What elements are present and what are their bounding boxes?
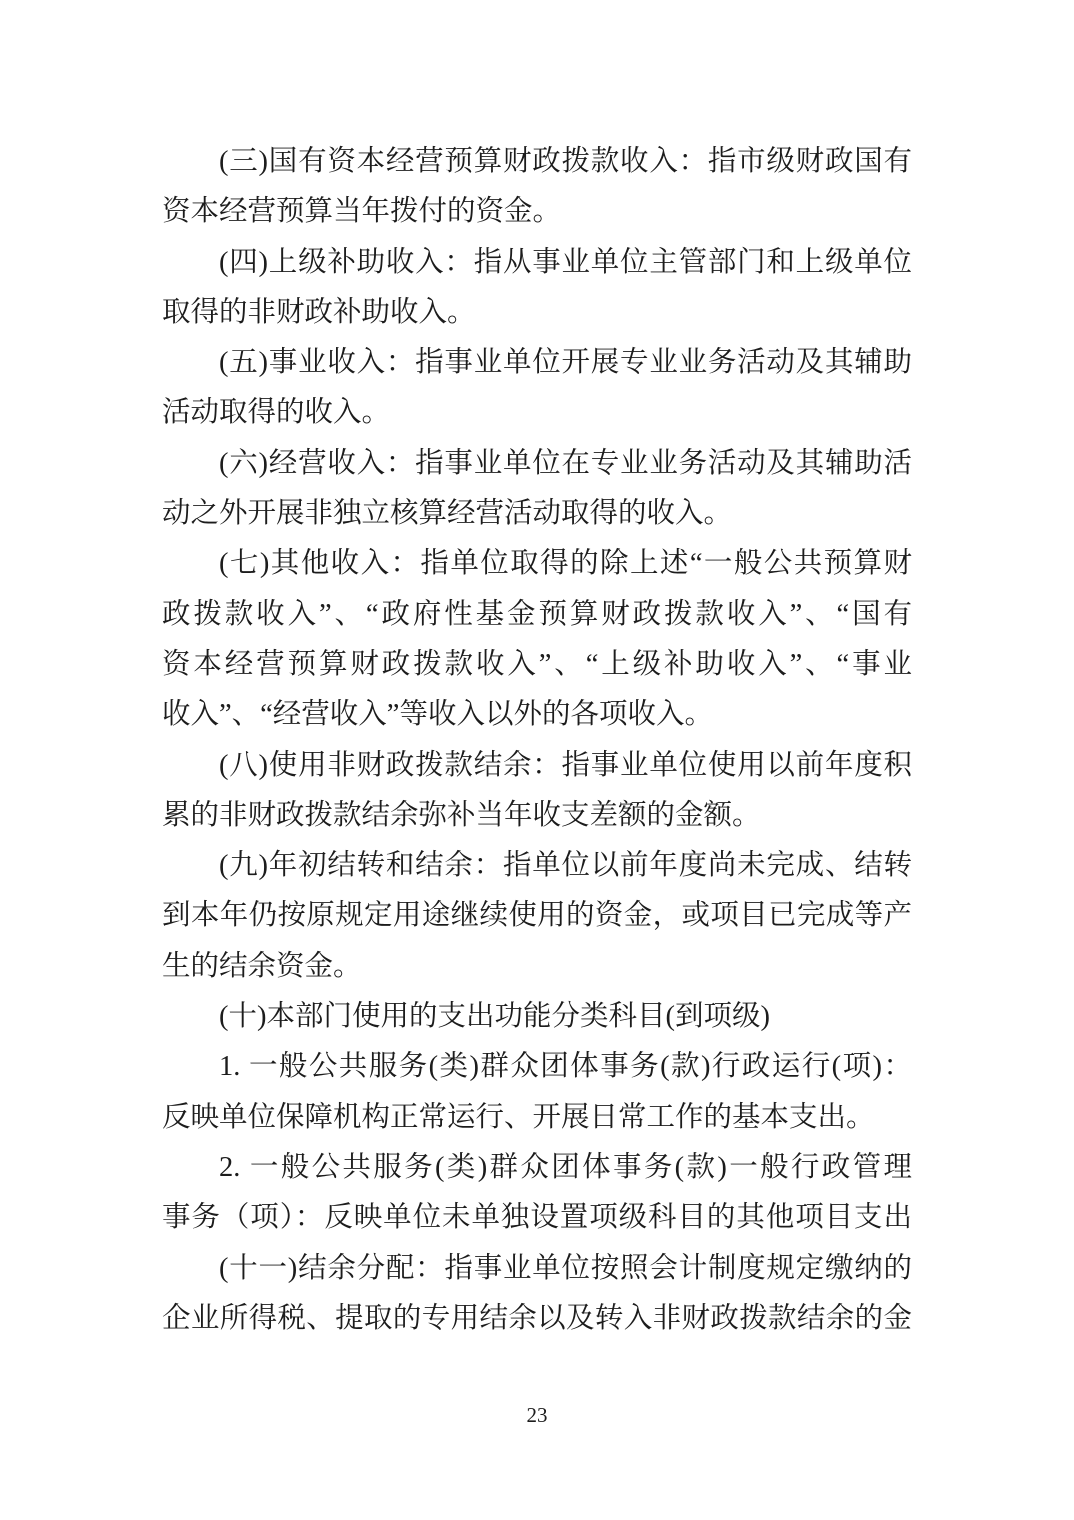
document-body: (三)国有资本经营预算财政拨款收入：指市级财政国有 资本经营预算当年拨付的资金。… xyxy=(162,137,912,1344)
text-line: 企业所得税、提取的专用结余以及转入非财政拨款结余的金 xyxy=(162,1294,912,1344)
text-line: (六)经营收入：指事业单位在专业业务活动及其辅助活 xyxy=(162,439,912,489)
text-line: (七)其他收入：指单位取得的除上述“一般公共预算财 xyxy=(162,539,912,589)
text-line: 2. 一般公共服务(类)群众团体事务(款)一般行政管理 xyxy=(162,1143,912,1193)
text-line: 到本年仍按原规定用途继续使用的资金，或项目已完成等产 xyxy=(162,891,912,941)
text-line: 动之外开展非独立核算经营活动取得的收入。 xyxy=(162,489,912,539)
text-line: (十)本部门使用的支出功能分类科目(到项级) xyxy=(162,992,912,1042)
text-line: 政拨款收入”、“政府性基金预算财政拨款收入”、“国有 xyxy=(162,590,912,640)
text-line: 取得的非财政补助收入。 xyxy=(162,288,912,338)
text-line: 1. 一般公共服务(类)群众团体事务(款)行政运行(项)： xyxy=(162,1042,912,1092)
text-line: (五)事业收入：指事业单位开展专业业务活动及其辅助 xyxy=(162,338,912,388)
text-line: (九)年初结转和结余：指单位以前年度尚未完成、结转 xyxy=(162,841,912,891)
text-line: 生的结余资金。 xyxy=(162,942,912,992)
page-number: 23 xyxy=(0,1400,1074,1430)
text-line: 资本经营预算财政拨款收入”、“上级补助收入”、“事业 xyxy=(162,640,912,690)
text-line: (十一)结余分配：指事业单位按照会计制度规定缴纳的 xyxy=(162,1244,912,1294)
text-line: 资本经营预算当年拨付的资金。 xyxy=(162,187,912,237)
text-line: (三)国有资本经营预算财政拨款收入：指市级财政国有 xyxy=(162,137,912,187)
text-line: (八)使用非财政拨款结余：指事业单位使用以前年度积 xyxy=(162,741,912,791)
text-line: 反映单位保障机构正常运行、开展日常工作的基本支出。 xyxy=(162,1093,912,1143)
text-line: (四)上级补助收入：指从事业单位主管部门和上级单位 xyxy=(162,238,912,288)
text-line: 活动取得的收入。 xyxy=(162,388,912,438)
text-line: 收入”、“经营收入”等收入以外的各项收入。 xyxy=(162,690,912,740)
document-page: (三)国有资本经营预算财政拨款收入：指市级财政国有 资本经营预算当年拨付的资金。… xyxy=(0,0,1074,1520)
text-line: 累的非财政拨款结余弥补当年收支差额的金额。 xyxy=(162,791,912,841)
text-line: 事务（项）：反映单位未单独设置项级科目的其他项目支出 xyxy=(162,1193,912,1243)
